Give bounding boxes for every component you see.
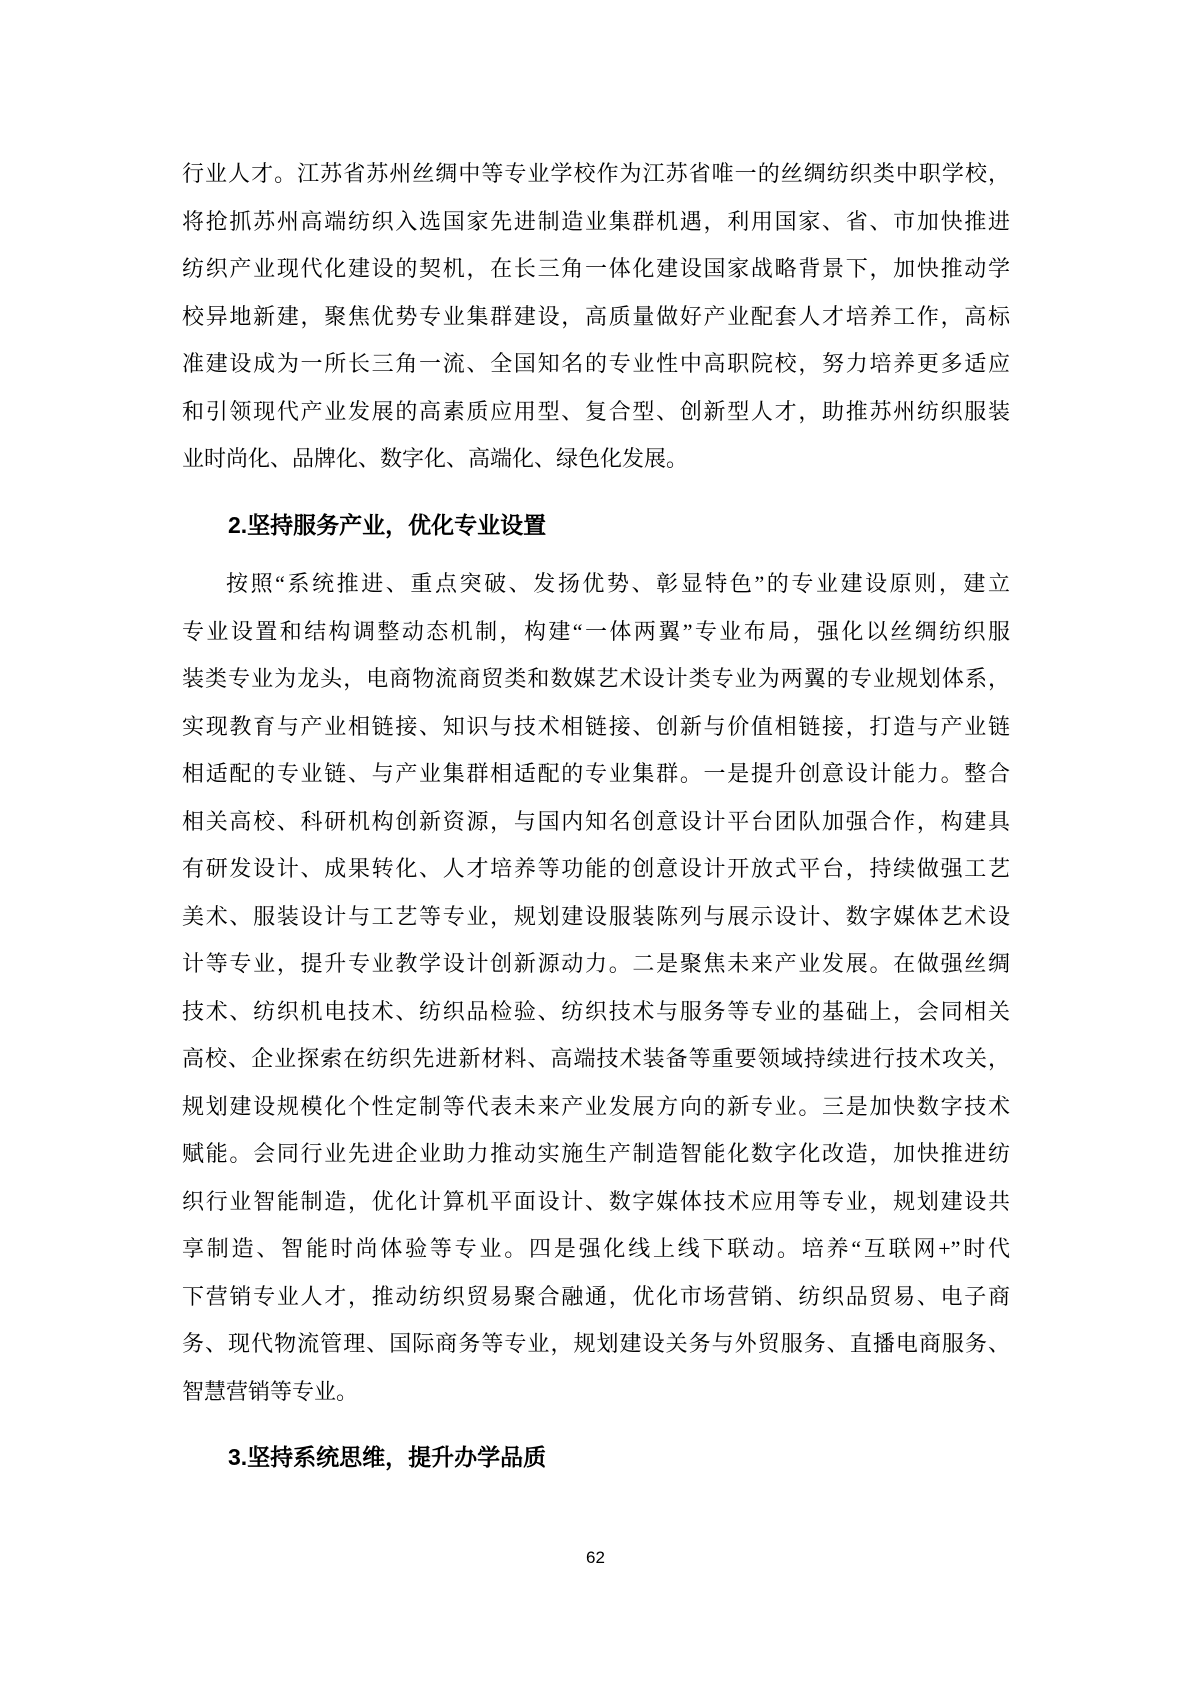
- text-line: 实现教育与产业相链接、知识与技术相链接、创新与价值相链接，打造与产业链: [182, 703, 1010, 751]
- paragraph: 行业人才。江苏省苏州丝绸中等专业学校作为江苏省唯一的丝绸纺织类中职学校，将抢抓苏…: [182, 150, 1010, 483]
- text-line: 将抢抓苏州高端纺织入选国家先进制造业集群机遇，利用国家、省、市加快推进: [182, 198, 1010, 246]
- text-line: 和引领现代产业发展的高素质应用型、复合型、创新型人才，助推苏州纺织服装: [182, 388, 1010, 436]
- text-line: 技术、纺织机电技术、纺织品检验、纺织技术与服务等专业的基础上，会同相关: [182, 988, 1010, 1036]
- text-line: 下营销专业人才，推动纺织贸易聚合融通，优化市场营销、纺织品贸易、电子商: [182, 1273, 1010, 1321]
- text-line: 高校、企业探索在纺织先进新材料、高端技术装备等重要领域持续进行技术攻关，: [182, 1035, 1010, 1083]
- text-line: 相适配的专业链、与产业集群相适配的专业集群。一是提升创意设计能力。整合: [182, 750, 1010, 798]
- text-line: 装类专业为龙头，电商物流商贸类和数媒艺术设计类专业为两翼的专业规划体系，: [182, 655, 1010, 703]
- page-number: 62: [586, 1548, 605, 1567]
- document-body: 行业人才。江苏省苏州丝绸中等专业学校作为江苏省唯一的丝绸纺织类中职学校，将抢抓苏…: [182, 150, 1010, 1493]
- text-line: 准建设成为一所长三角一流、全国知名的专业性中高职院校，努力培养更多适应: [182, 340, 1010, 388]
- text-line: 规划建设规模化个性定制等代表未来产业发展方向的新专业。三是加快数字技术: [182, 1083, 1010, 1131]
- document-page: 行业人才。江苏省苏州丝绸中等专业学校作为江苏省唯一的丝绸纺织类中职学校，将抢抓苏…: [0, 0, 1191, 1684]
- text-line: 织行业智能制造，优化计算机平面设计、数字媒体技术应用等专业，规划建设共: [182, 1178, 1010, 1226]
- text-line: 智慧营销等专业。: [182, 1368, 1010, 1416]
- text-line: 计等专业，提升专业教学设计创新源动力。二是聚焦未来产业发展。在做强丝绸: [182, 940, 1010, 988]
- text-line: 行业人才。江苏省苏州丝绸中等专业学校作为江苏省唯一的丝绸纺织类中职学校，: [182, 150, 1010, 198]
- text-line: 赋能。会同行业先进企业助力推动实施生产制造智能化数字化改造，加快推进纺: [182, 1130, 1010, 1178]
- section-heading: 3.坚持系统思维，提升办学品质: [182, 1434, 1010, 1482]
- text-line: 相关高校、科研机构创新资源，与国内知名创意设计平台团队加强合作，构建具: [182, 798, 1010, 846]
- page-footer: 62: [0, 1548, 1191, 1568]
- text-line: 美术、服装设计与工艺等专业，规划建设服装陈列与展示设计、数字媒体艺术设: [182, 893, 1010, 941]
- text-line: 按照“系统推进、重点突破、发扬优势、彰显特色”的专业建设原则，建立: [182, 560, 1010, 608]
- text-line: 享制造、智能时尚体验等专业。四是强化线上线下联动。培养“互联网+”时代: [182, 1225, 1010, 1273]
- text-line: 有研发设计、成果转化、人才培养等功能的创意设计开放式平台，持续做强工艺: [182, 845, 1010, 893]
- text-line: 务、现代物流管理、国际商务等专业，规划建设关务与外贸服务、直播电商服务、: [182, 1320, 1010, 1368]
- text-line: 纺织产业现代化建设的契机，在长三角一体化建设国家战略背景下，加快推动学: [182, 245, 1010, 293]
- text-line: 专业设置和结构调整动态机制，构建“一体两翼”专业布局，强化以丝绸纺织服: [182, 608, 1010, 656]
- section-heading: 2.坚持服务产业，优化专业设置: [182, 502, 1010, 550]
- paragraph: 按照“系统推进、重点突破、发扬优势、彰显特色”的专业建设原则，建立专业设置和结构…: [182, 560, 1010, 1415]
- text-line: 校异地新建，聚焦优势专业集群建设，高质量做好产业配套人才培养工作，高标: [182, 293, 1010, 341]
- text-line: 业时尚化、品牌化、数字化、高端化、绿色化发展。: [182, 435, 1010, 483]
